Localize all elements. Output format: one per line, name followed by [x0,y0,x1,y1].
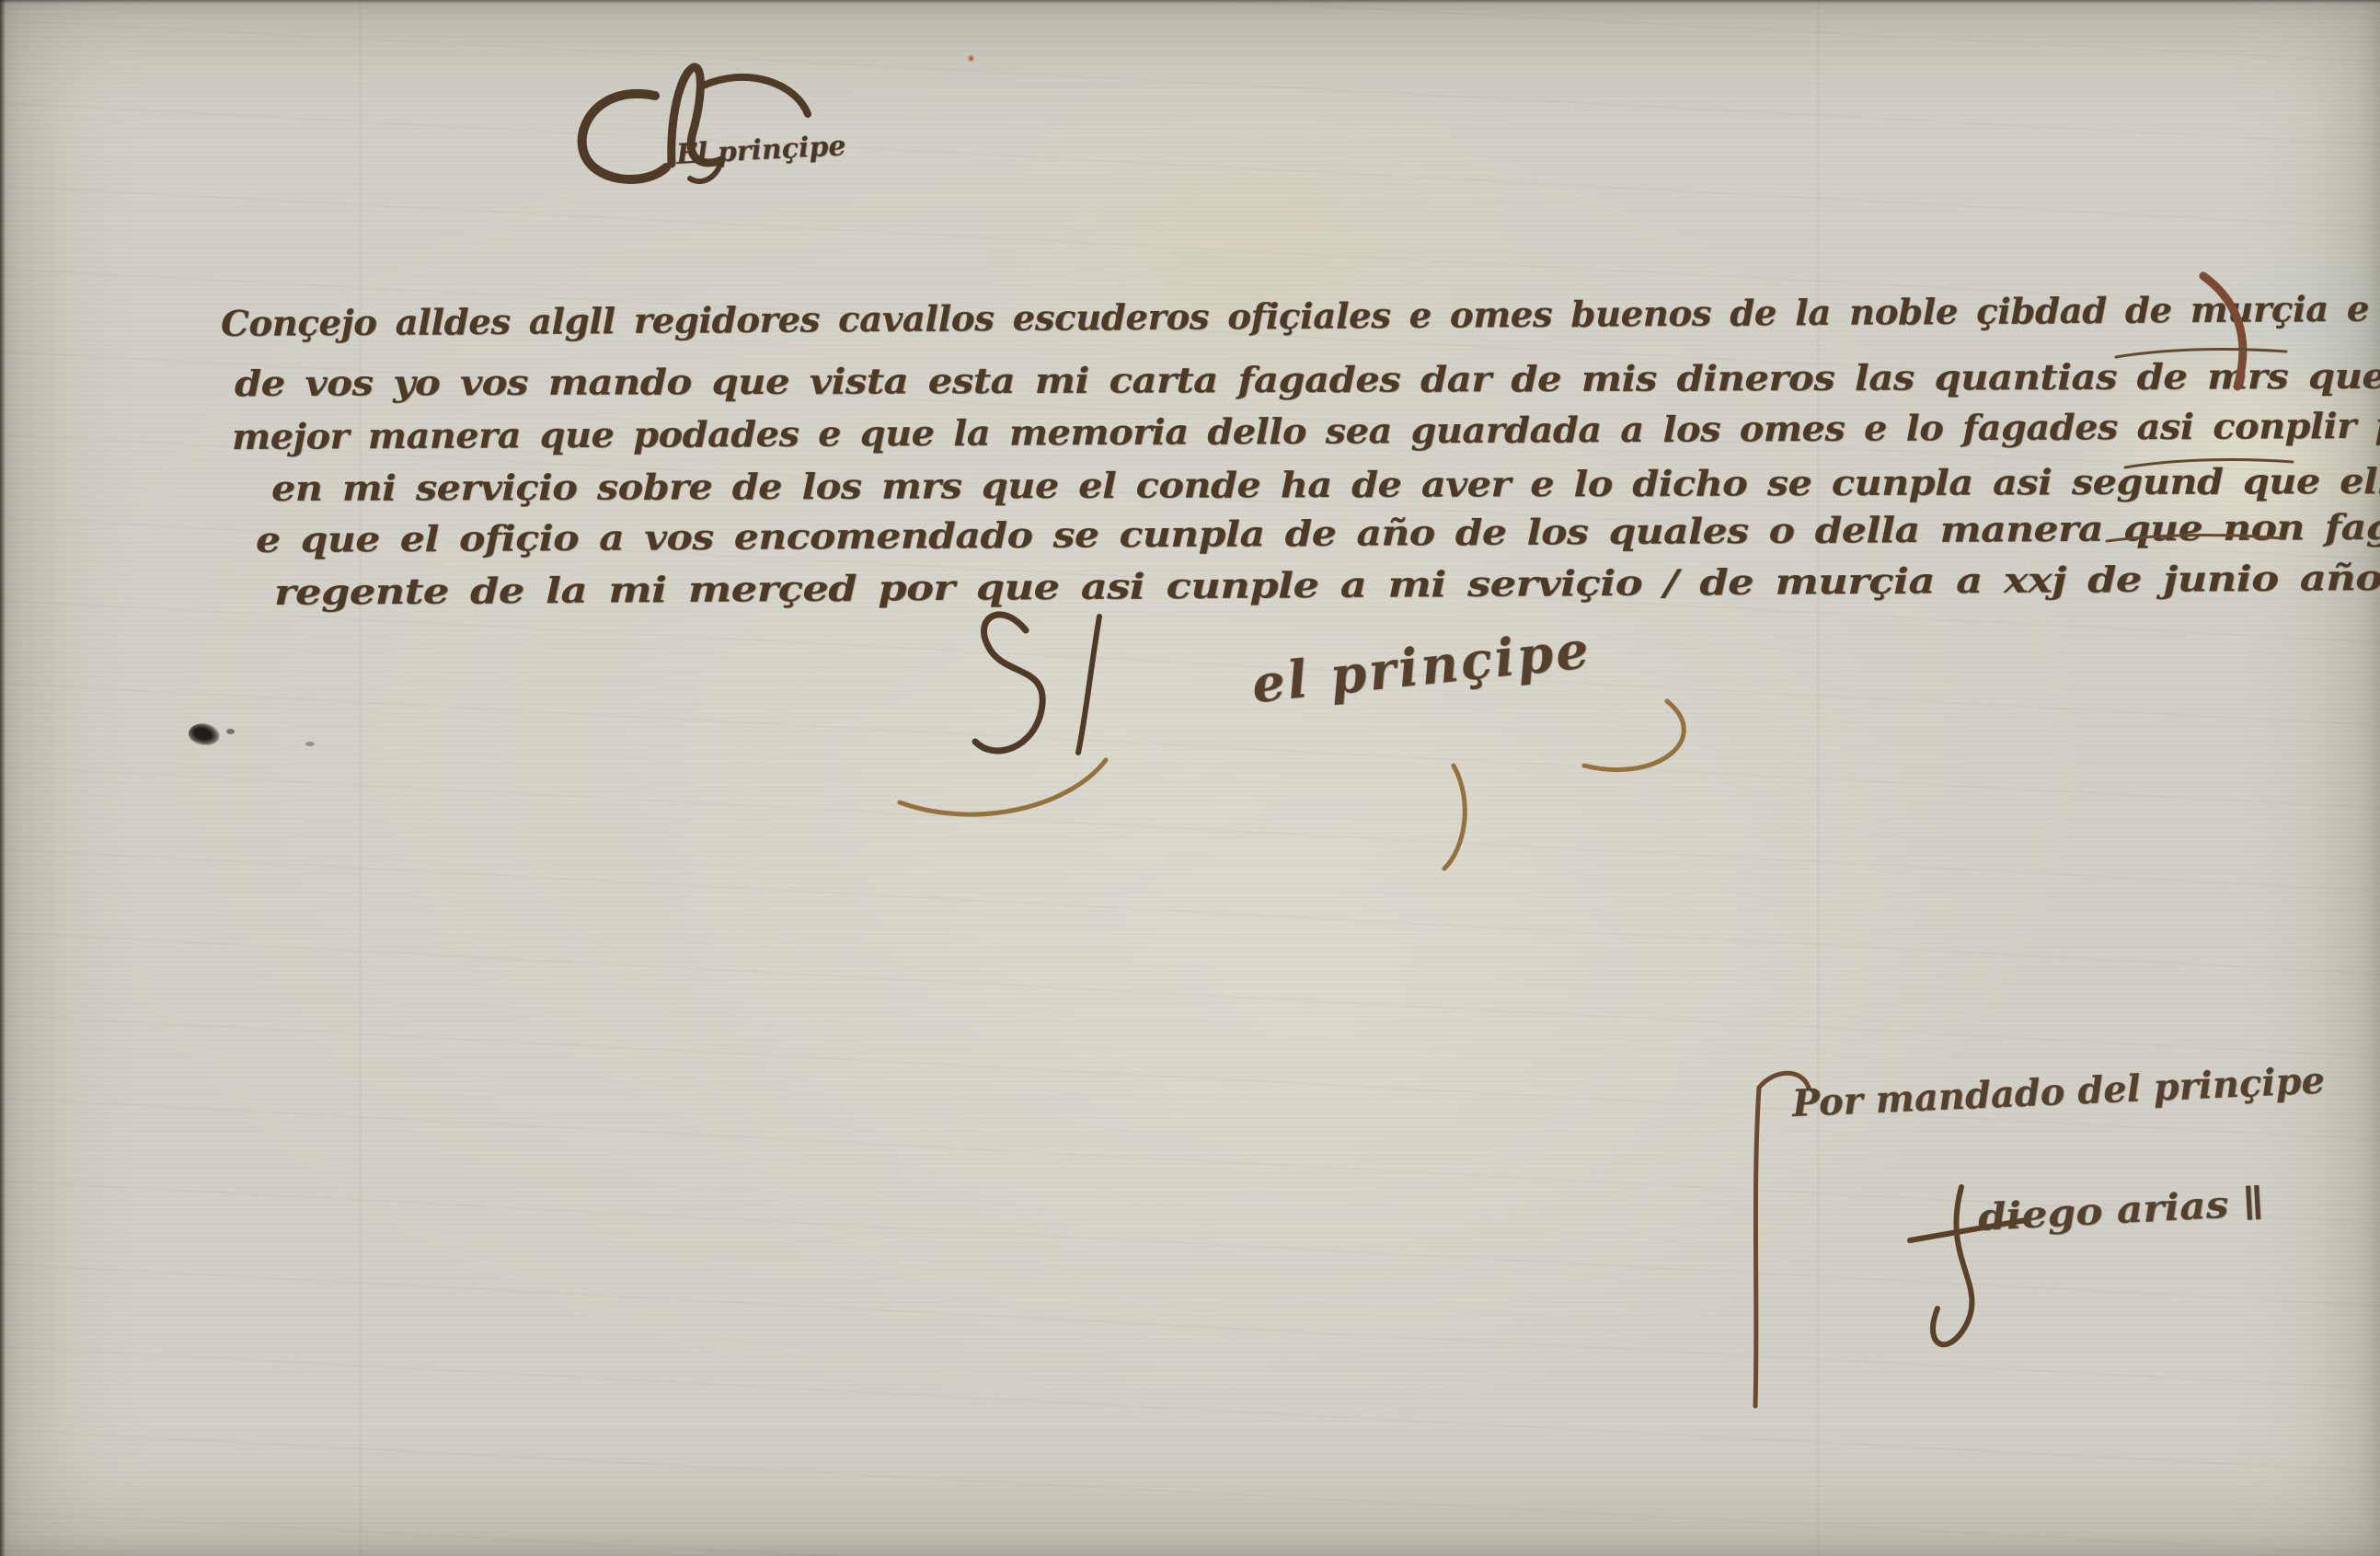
ink-speck [305,742,315,746]
ink-speck [226,729,235,734]
invocation-flourish [563,57,876,195]
line-end-flourishes [2006,248,2374,653]
paper-crease [359,0,362,1556]
manuscript-scan: El prinçipe Conçejo alldes algll regidor… [0,0,2380,1556]
ink-blot [187,720,223,749]
red-ink-speck [968,55,974,62]
scan-edge-top [0,0,2380,4]
prince-signature-flourish [865,589,1766,902]
scan-edge-left [0,0,6,1556]
